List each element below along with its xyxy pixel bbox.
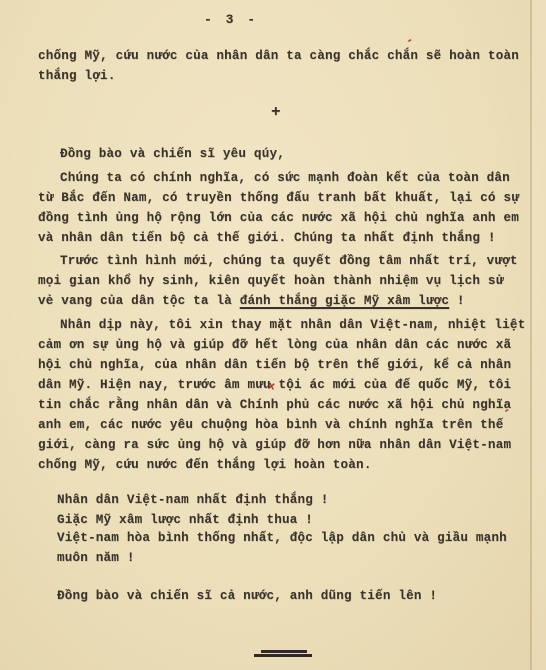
paragraph4-line5: tin chắc rằng nhân dân và Chính phủ các … [38, 398, 511, 413]
paragraph4-line8: chống Mỹ, cứu nước đến thắng lợi hoàn to… [38, 458, 372, 473]
end-rule-bottom-bar [254, 654, 312, 657]
paragraph4-line6: anh em, các nước yêu chuộng hòa bình và … [38, 418, 503, 433]
paper-edge-highlight [532, 0, 546, 670]
paragraph1-line2: thắng lợi. [38, 69, 116, 84]
paragraph4-line7: giới, càng ra sức ủng hộ và giúp đỡ hơn … [38, 438, 511, 453]
red-correction-accent2-icon: ˊ [500, 407, 512, 426]
slogan-line1: Nhân dân Việt-nam nhất định thắng ! [57, 493, 329, 508]
paragraph3-line2: mọi gian khổ hy sinh, kiên quyết hoàn th… [38, 274, 503, 289]
paragraph4-line3: hội chủ nghĩa, của nhân dân tiến bộ trên… [38, 358, 511, 373]
document-page: - 3 - chống Mỹ, cứu nước của nhân dân ta… [0, 0, 546, 670]
paragraph4-line1: Nhân dịp này, tôi xin thay mặt nhân dân … [60, 318, 525, 333]
paragraph3-line3: vẻ vang của dân tộc ta là đánh thắng giặ… [38, 294, 465, 309]
paragraph3-line3-pre: vẻ vang của dân tộc ta là [38, 294, 240, 308]
paragraph2-line4: và nhân dân tiến bộ cả thế giới. Chúng t… [38, 231, 496, 246]
paragraph2-line2: từ Bắc đến Nam, có truyền thống đấu tran… [38, 191, 519, 206]
paragraph2-line1: Chúng ta có chính nghĩa, có sức mạnh đoà… [60, 171, 510, 186]
end-rule-mark [254, 650, 314, 659]
closing-line: Đồng bào và chiến sĩ cả nước, anh dũng t… [57, 589, 437, 604]
underlined-slogan: đánh thắng giặc Mỹ xâm lược [240, 294, 449, 308]
slogan-line4: muôn năm ! [57, 551, 135, 566]
paragraph4-line2: cảm ơn sự ủng hộ và giúp đỡ hết lòng của… [38, 338, 511, 353]
paragraph2-line3: đồng tình ủng hộ rộng lớn của các nước x… [38, 211, 519, 226]
paragraph3-line3-post: ! [449, 294, 465, 308]
paragraph1-line1: chống Mỹ, cứu nước của nhân dân ta càng … [38, 49, 519, 64]
page-number: - 3 - [204, 12, 258, 27]
section-divider-plus: + [271, 105, 281, 120]
slogan-line2: Giặc Mỹ xâm lược nhất định thua ! [57, 513, 313, 528]
salutation: Đồng bào và chiến sĩ yêu qúy, [60, 147, 285, 162]
end-rule-top-bar [261, 650, 307, 653]
paragraph3-line1: Trước tình hình mới, chúng ta quyết đồng… [60, 254, 518, 269]
slogan-line3: Việt-nam hòa bình thống nhất, độc lập dâ… [57, 531, 507, 546]
